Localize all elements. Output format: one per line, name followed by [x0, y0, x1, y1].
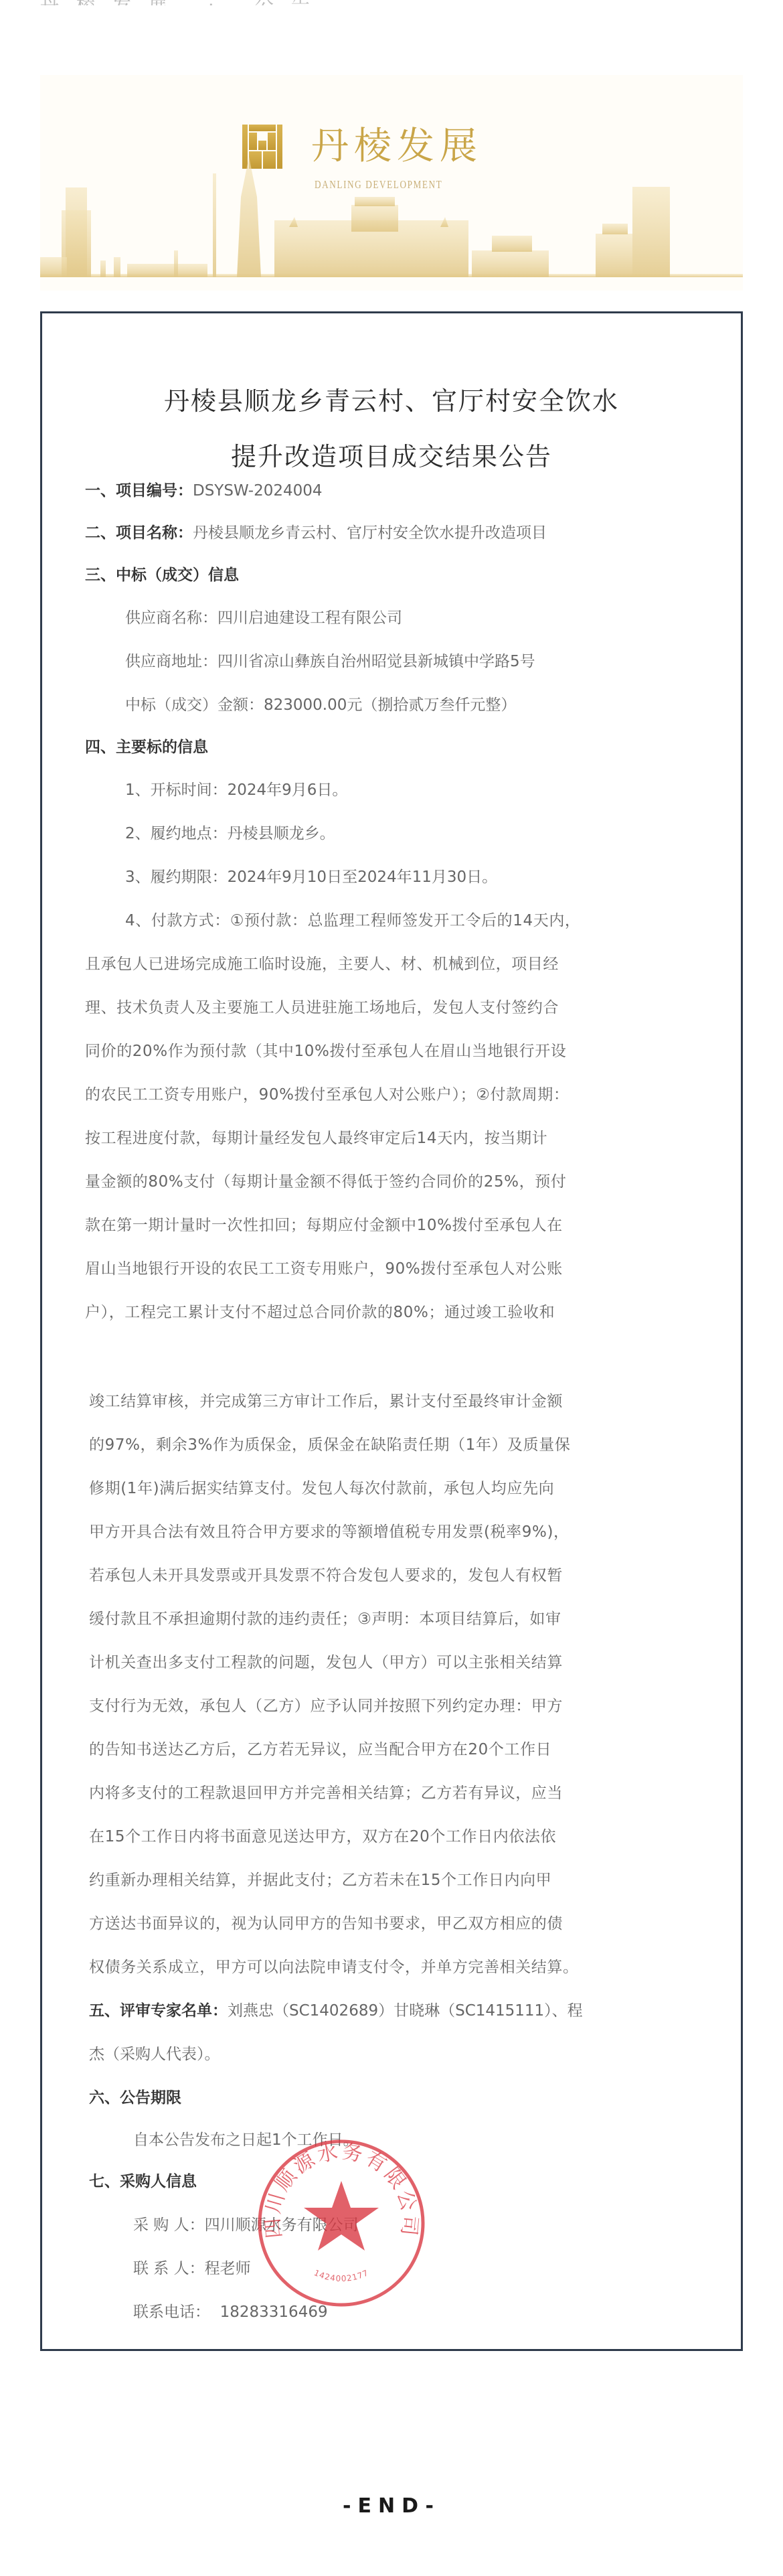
payment-line: 款在第一期计量时一次性扣回；每期应付金额中10%拨付至承包人在 — [85, 1215, 563, 1235]
award-amount-value: 823000.00元（捌拾贰万叁仟元整） — [264, 696, 516, 714]
section-notice-period-heading: 六、公告期限 — [89, 2088, 181, 2108]
end-marker: -END- — [0, 2494, 783, 2518]
payment-line: 的告知书送达乙方后，乙方若无异议，应当配合甲方在20个工作日 — [89, 1740, 551, 1760]
contact-person-row: 联 系 人：程老师 — [133, 2259, 251, 2279]
cut-off-header-text: 丹棱发展 · 公告 — [0, 0, 783, 5]
purchaser-label: 采 购 人： — [133, 2216, 205, 2234]
section-project-name: 二、项目名称：丹棱县顺龙乡青云村、官厅村安全饮水提升改造项目 — [85, 523, 547, 543]
payment-line: 竣工结算审核，并完成第三方审计工作后，累计支付至最终审计金额 — [89, 1391, 563, 1412]
svg-text:1424002177: 1424002177 — [313, 2268, 370, 2283]
project-name-value: 丹棱县顺龙乡青云村、官厅村安全饮水提升改造项目 — [193, 524, 547, 542]
section-project-number: 一、项目编号：DSYSW-2024004 — [85, 481, 323, 501]
expert-list-value: 刘燕忠（SC1402689）甘晓琳（SC1415111）、程 — [228, 2002, 583, 2020]
payment-line: 按工程进度付款，每期计量经发包人最终审定后14天内，按当期计 — [85, 1128, 547, 1148]
payment-line: 的97%，剩余3%作为质保金，质保金在缺陷责任期（1年）及质量保 — [89, 1435, 570, 1455]
award-amount-row: 中标（成交）金额：823000.00元（捌拾贰万叁仟元整） — [125, 695, 516, 715]
project-number-label: 一、项目编号： — [85, 482, 193, 500]
payment-line: 方送达书面异议的，视为认同甲方的告知书要求，甲乙双方相应的债 — [89, 1914, 563, 1934]
payment-line: 户），工程完工累计支付不超过总合同价款的80%；通过竣工验收和 — [85, 1302, 555, 1322]
section-award-info-heading: 三、中标（成交）信息 — [85, 565, 239, 585]
section-purchaser-info-heading: 七、采购人信息 — [89, 2172, 197, 2192]
performance-location: 2、履约地点：丹棱县顺龙乡。 — [125, 824, 335, 844]
brand-banner: 丹棱发展 DANLING DEVELOPMENT — [40, 75, 743, 291]
official-seal-stamp-icon: 四川顺源水务有限公司 1424002177 — [251, 2133, 432, 2314]
document-title-line1: 丹棱县顺龙乡青云村、官厅村安全饮水 — [42, 380, 741, 417]
seal-number: 1424002177 — [313, 2268, 370, 2283]
payment-line: 缓付款且不承担逾期付款的违约责任；③声明：本项目结算后，如审 — [89, 1609, 561, 1629]
city-skyline-illustration — [40, 157, 743, 291]
payment-line: 约重新办理相关结算，并据此支付；乙方若未在15个工作日内向甲 — [89, 1870, 551, 1890]
payment-line: 权债务关系成立，甲方可以向法院申请支付令，并单方完善相关结算。 — [89, 1957, 579, 1977]
contact-phone-label: 联系电话： — [133, 2303, 210, 2321]
supplier-address-row: 供应商地址：四川省凉山彝族自治州昭觉县新城镇中学路5号 — [125, 652, 535, 672]
payment-line: 同价的20%作为预付款（其中10%拨付至承包人在眉山当地银行开设 — [85, 1041, 566, 1061]
document-title-line2: 提升改造项目成交结果公告 — [42, 436, 741, 473]
payment-line: 内将多支付的工程款退回甲方并完善相关结算；乙方若有异议，应当 — [89, 1783, 563, 1803]
supplier-address-value: 四川省凉山彝族自治州昭觉县新城镇中学路5号 — [217, 653, 535, 670]
payment-line: 的农民工工资专用账户，90%拨付至承包人对公账户）；②付款周期： — [85, 1085, 569, 1105]
contact-person-value: 程老师 — [205, 2260, 251, 2277]
payment-line: 在15个工作日内将书面意见送达甲方，双方在20个工作日内依法依 — [89, 1827, 556, 1847]
payment-line: 眉山当地银行开设的农民工工资专用账户，90%拨付至承包人对公账 — [85, 1259, 563, 1279]
project-name-label: 二、项目名称： — [85, 524, 193, 542]
announcement-document: 丹棱县顺龙乡青云村、官厅村安全饮水 提升改造项目成交结果公告 一、项目编号：DS… — [40, 311, 743, 2351]
payment-line: 支付行为无效，承包人（乙方）应予认同并按照下列约定办理：甲方 — [89, 1696, 563, 1716]
supplier-name-value: 四川启迪建设工程有限公司 — [217, 609, 402, 627]
performance-period: 3、履约期限：2024年9月10日至2024年11月30日。 — [125, 867, 497, 887]
section-expert-list: 五、评审专家名单：刘燕忠（SC1402689）甘晓琳（SC1415111）、程 — [89, 2001, 583, 2021]
payment-line: 4、付款方式：①预付款：总监理工程师签发开工令后的14天内， — [125, 911, 581, 931]
contact-person-label: 联 系 人： — [133, 2260, 205, 2277]
supplier-name-row: 供应商名称：四川启迪建设工程有限公司 — [125, 608, 402, 628]
supplier-address-label: 供应商地址： — [125, 653, 217, 670]
expert-list-label: 五、评审专家名单： — [89, 2002, 228, 2020]
payment-line: 甲方开具合法有效且符合甲方要求的等额增值税专用发票(税率9%)， — [89, 1522, 570, 1542]
payment-line: 量金额的80%支付（每期计量金额不得低于签约合同价的25%，预付 — [85, 1172, 566, 1192]
payment-line: 计机关查出多支付工程款的问题，发包人（甲方）可以主张相关结算 — [89, 1653, 563, 1673]
payment-line: 且承包人已进场完成施工临时设施，主要人、材、机械到位，项目经 — [85, 954, 559, 974]
expert-list-continued: 杰（采购人代表）。 — [89, 2044, 220, 2064]
project-number-value: DSYSW-2024004 — [193, 482, 323, 500]
section-subject-info-heading: 四、主要标的信息 — [85, 737, 208, 757]
payment-line: 理、技术负责人及主要施工人员进驻施工场地后，发包人支付签约合 — [85, 998, 559, 1018]
supplier-name-label: 供应商名称： — [125, 609, 217, 627]
payment-line: 修期(1年)满后据实结算支付。发包人每次付款前，承包人均应先向 — [89, 1479, 554, 1499]
award-amount-label: 中标（成交）金额： — [125, 696, 264, 714]
payment-line: 若承包人未开具发票或开具发票不符合发包人要求的，发包人有权暂 — [89, 1566, 563, 1586]
bid-opening-time: 1、开标时间：2024年9月6日。 — [125, 780, 347, 800]
